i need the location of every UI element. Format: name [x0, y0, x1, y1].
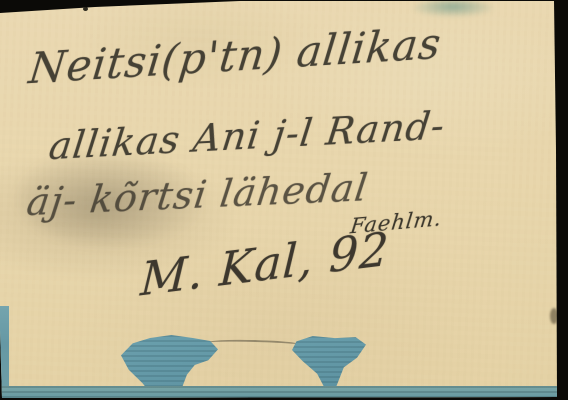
edge-smudge: [550, 308, 558, 324]
faint-pen-line: [207, 339, 303, 350]
handwriting-signature: M. Kal, 92: [139, 221, 391, 306]
teal-stain-blob-right: [292, 336, 366, 390]
scanned-document-stage: Neitsi(p'tn) allikas allikas Ani j-l Ran…: [0, 0, 568, 400]
handwriting-line-2: allikas Ani j-l Rand-: [47, 103, 448, 168]
paper-card: Neitsi(p'tn) allikas allikas Ani j-l Ran…: [0, 0, 568, 400]
teal-stain-bottom-edge: [0, 386, 568, 398]
handwriting-line-1: Neitsi(p'tn) allikas: [26, 19, 444, 94]
ink-dot: [83, 7, 88, 11]
faded-teal-smudge: [412, 0, 494, 17]
